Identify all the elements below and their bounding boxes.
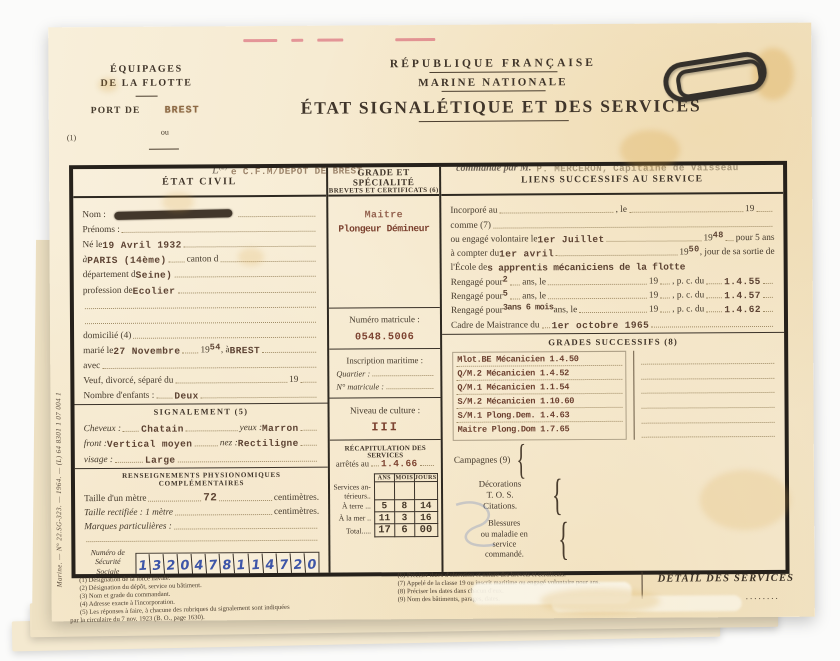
marie-label: marié le [83,346,113,356]
profession-value: Ecolier [133,285,176,296]
grade-entry: Maitre Plong.Dom 1.7.65 [457,424,623,436]
incorpore-label: Incorporé au [450,206,497,216]
grades-successifs-title: GRADES SUCCESSIFS (8) [451,336,775,348]
ecole-label: l'École de [451,263,488,273]
divider-dash [136,96,158,97]
recap-col-ans: ANS [374,474,394,482]
divider [329,307,440,309]
engage-date: 1er Juillet [537,234,604,245]
faint-red-stamp-marks [243,28,473,47]
compter-label: à compter du [451,249,500,259]
ecole-value: s apprentis mécaniciens de la flotte [487,262,685,274]
campagnes-brace: { [516,440,526,482]
pencil-squiggle [446,494,516,554]
arrete-label: arrêtés au [336,458,369,468]
veuf-label: Veuf, divorcé, séparé du [83,376,173,387]
rengage-duree-1: 2 [503,274,509,284]
main-form-table: ÉTAT CIVIL Nom : Prénoms : Né le19 Avril… [69,161,790,578]
departement-value: Seine) [136,270,173,281]
taille-rectifiee-label: Taille rectifiée : 1 mètre [84,507,173,518]
visage-label: visage : [84,454,113,464]
divider [329,397,440,399]
ssn-digit: 1 [247,553,263,575]
marine-title: MARINE NATIONALE [301,75,686,89]
grade-entry: Q/M.2 Mécanicien 1.4.52 [456,368,622,381]
ssn-label: Numéro de Sécurité Sociale militaire. [84,547,131,574]
section-divider [442,332,784,335]
page-title: ÉTAT SIGNALÉTIQUE ET DES SERVICES [301,95,686,118]
marriage-year: 54 [210,342,221,352]
grade-entry: Q/M.1 Mécanicien 1.1.54 [456,382,622,395]
divider-dash [418,120,568,122]
grade-entry: S/M.1 Plong.Dem. 1.4.63 [457,410,623,423]
divider-dash [429,71,557,73]
birthplace-value: PARIS (14ème) [87,255,166,266]
visage-value: Large [145,454,176,465]
section-divider [75,466,328,469]
domicilie-label: domicilié (4) [83,331,131,341]
rengage-date-2: 1.4.57 [724,290,761,301]
compter-year: 50 [689,245,700,255]
rengage-duree-3: 3ans 6 mois [503,303,554,313]
culture-label: Niveau de culture : [330,405,441,416]
detail-dots: ........ [746,591,780,601]
recap-col-jours: JOURS [414,473,437,481]
canton-label: canton d [187,255,219,265]
recap-row-anterieurs: Services an-térieurs.. [333,481,437,500]
profession-label: profession de [83,285,133,295]
recap-table: ANS MOIS JOURS Services an-térieurs.. À … [332,473,439,538]
grade-value-2: Plongeur Démineur [328,223,439,235]
campagnes-label: Campagnes (9) [454,456,511,466]
detail-des-services-title: DÉTAIL DES SERVICES [658,573,795,585]
footnote-ref-1: (1) [67,133,76,142]
rengage-label-3: Rengagé pour [451,306,503,316]
grades-successifs-block: Mlot.BE Mécanicien 1.4.50 Q/M.2 Mécanici… [451,350,776,442]
grade-entry: S/M.2 Mécanicien 1.10.60 [456,396,622,409]
culture-value: III [330,420,441,435]
arrete-value: 1.4.66 [381,458,418,469]
birthdate-value: 19 Avril 1932 [102,240,181,251]
footnote-divider [642,572,643,599]
divider [329,348,440,350]
republique-title: RÉPUBLIQUE FRANÇAISE [300,56,685,70]
grade-column: GRADE ET SPÉCIALITÉ BREVETS ET CERTIFICA… [328,167,443,573]
decorations-brace: { [552,473,563,517]
equipages-line2: DE LA FLOTTE [76,76,216,91]
ssn-block: Numéro de Sécurité Sociale militaire. 1 … [84,546,319,574]
liens-header: LIENS SUCCESSIFS AU SERVICE [441,165,783,196]
nez-value: Rectiligne [238,438,299,449]
renseignements-title: RENSEIGNEMENTS PHYSIONOMIQUES COMPLÉMENT… [84,470,319,487]
recap-row-total: Total..... 17 6 00 [334,523,438,537]
matricule-value: 0548.5006 [329,331,440,344]
n-matricule-label: N° matricule : [336,382,384,391]
compter-date: 1er avril [499,248,554,259]
nom-label: Nom : [82,210,106,220]
marriage-place: BREST [230,345,261,356]
grade-value-1: Maitre [328,210,439,222]
departement-label: département d [83,270,136,280]
rengage-date-3: 1.4.62 [724,304,761,315]
ne-le-label: Né le [82,240,102,250]
equipages-line1: ÉQUIPAGES [76,62,216,77]
ou-label: ou [161,128,169,137]
signalement-title: SIGNALEMENT (5) [84,407,319,417]
comme-label: comme (7) [450,220,491,230]
rengage-label-1: Rengagé pour [451,277,503,287]
port-row: PORT DE BREST [91,105,200,117]
grades-empty-lines [641,350,775,440]
recap-row-terre: À terre ... 5 8 14 [334,499,438,512]
port-value-stamp: BREST [165,105,200,116]
engage-year: 48 [713,230,724,240]
taille-value: 72 [203,492,217,504]
divider [330,439,441,441]
port-label: PORT DE [91,106,141,116]
matricule-label: Numéro matricule : [329,314,440,325]
margin-imprint: Marine. — N° 22.SG-323. — 1964. — (L) 64… [54,287,66,587]
quartier-label: Quartier : [336,369,370,378]
etat-civil-column: ÉTAT CIVIL Nom : Prénoms : Né le19 Avril… [73,168,330,575]
marques-label: Marques particulières : [84,521,172,532]
equipages-block: ÉQUIPAGES DE LA FLOTTE [76,62,216,97]
divider-dash [149,149,179,150]
whiteout-patch [552,595,742,612]
cheveux-value: Chatain [141,424,184,435]
taille-label: Taille d'un mètre [84,493,147,503]
grade-header: GRADE ET SPÉCIALITÉ BREVETS ET CERTIFICA… [328,167,439,197]
front-label: front : [84,439,107,449]
maistrance-label: Cadre de Maistrance du [451,320,540,331]
rengage-duree-2: 5 [503,289,509,299]
front-value: Vertical moyen [107,439,192,451]
recap-col-mois: MOIS [394,474,414,482]
marriage-date: 27 Novembre [113,345,180,356]
prenoms-label: Prénoms : [82,225,120,235]
enfants-label: Nombre d'enfants : [83,391,154,401]
campagnes-row: Campagnes (9) { [454,449,776,471]
recap-row-mer: À la mer .. 11 3 16 [334,511,438,524]
children-count: Deux [174,391,198,402]
inscription-label: Inscription maritime : [329,355,440,366]
yeux-value: Marron [262,423,299,434]
ssn-digit: 1 [233,553,249,575]
grades-list: Mlot.BE Mécanicien 1.4.50 Q/M.2 Mécanici… [452,350,627,441]
etat-civil-body: Nom : Prénoms : Né le19 Avril 1932 àPARI… [73,197,328,575]
blessures-brace: { [558,516,569,562]
engage-label: ou engagé volontaire le [450,234,537,245]
etat-civil-header: ÉTAT CIVIL [73,168,326,199]
yeux-label: yeux : [240,423,263,433]
document-page: Marine. — N° 22.SG-323. — 1964. — (L) 64… [48,23,815,622]
nez-label: nez : [220,439,238,449]
grades-vertical-divider [633,350,635,440]
footnotes-left: (1) Désignation de la force navale. (2) … [69,569,398,625]
rengage-label-2: Rengagé pour [451,292,503,302]
rengage-date-1: 1.4.55 [724,276,761,287]
header-titles: RÉPUBLIQUE FRANÇAISE MARINE NATIONALE ÉT… [300,56,685,122]
divider-dash [441,90,545,92]
grade-entry: Mlot.BE Mécanicien 1.4.50 [456,354,622,367]
maistrance-value: 1er octobre 1965 [552,319,650,331]
section-divider [74,403,327,406]
cheveux-label: Cheveux : [84,424,121,434]
avec-label: avec [83,361,100,371]
